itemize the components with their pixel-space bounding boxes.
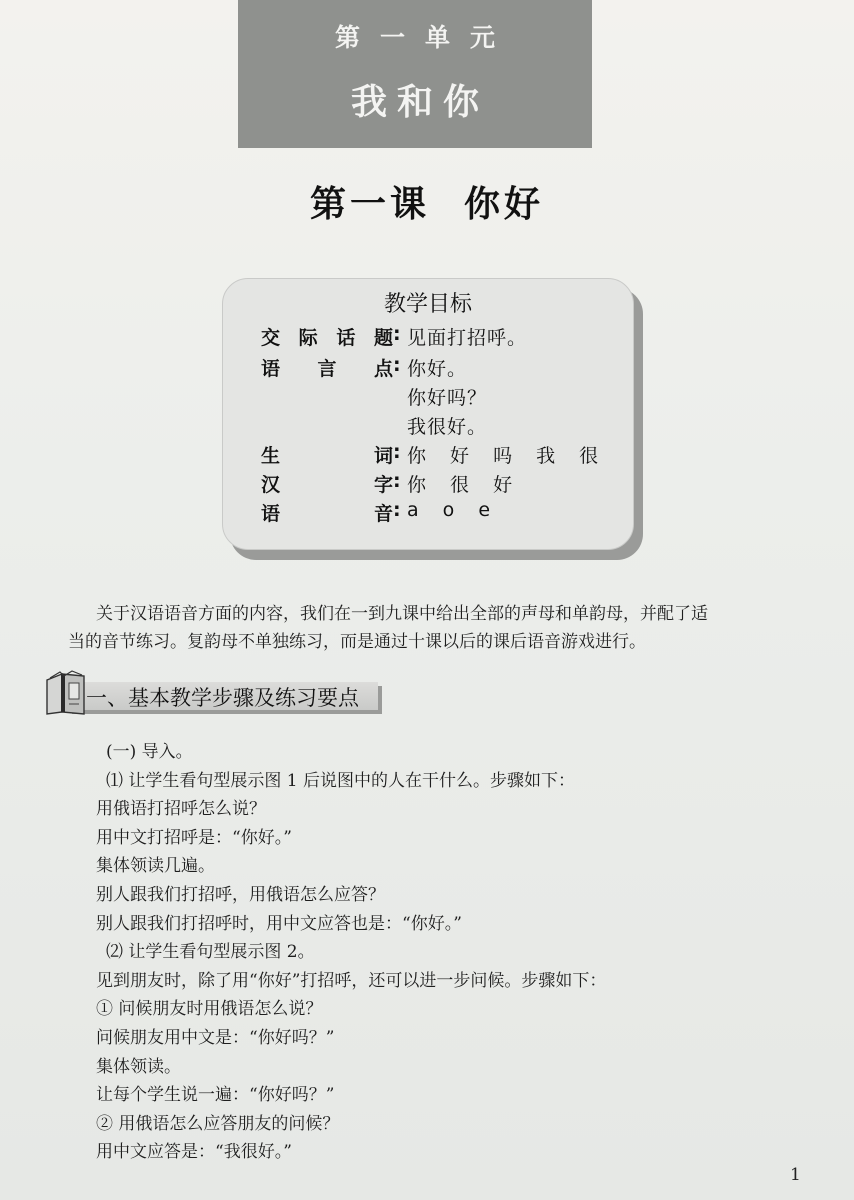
goal-value: 你 好 吗 我 很 <box>407 441 598 468</box>
unit-title: 我和你 <box>341 74 489 125</box>
teaching-goals-box: 教学目标 交 际 话 题 : 见面打招呼。 语 言 点 : 你好。 你好吗？ 我… <box>222 278 634 550</box>
goal-value: 我很好。 <box>407 412 487 439</box>
goal-label: 语 言 点 <box>261 354 393 381</box>
goal-row-language-points-2: 你好吗？ <box>407 383 487 410</box>
body-line: ② 用俄语怎么应答朋友的问候？ <box>96 1110 606 1139</box>
goal-row-language-points-3: 我很好。 <box>407 412 487 439</box>
page-number: 1 <box>790 1165 801 1185</box>
goal-value: 见面打招呼。 <box>407 323 527 350</box>
goals-heading: 教学目标 <box>223 287 633 318</box>
goal-label: 语 音 <box>261 499 393 526</box>
body-line: ⑴ 让学生看句型展示图 1 后说图中的人在干什么。步骤如下： <box>96 767 606 796</box>
unit-banner: 第一单元 我和你 <box>238 0 592 148</box>
body-line: 别人跟我们打招呼，用俄语怎么应答？ <box>96 881 606 910</box>
goal-row-vocabulary: 生 词 : 你 好 吗 我 很 <box>261 441 598 468</box>
goal-value: 你 很 好 <box>407 470 512 497</box>
unit-label: 第一单元 <box>315 18 515 54</box>
body-line: (一) 导入。 <box>96 738 606 767</box>
goal-value: 你好吗？ <box>407 383 487 410</box>
section-header: 一、基本教学步骤及练习要点 <box>44 670 384 718</box>
body-line: 见到朋友时，除了用“你好”打招呼，还可以进一步问候。步骤如下： <box>96 967 606 996</box>
body-line: ① 问候朋友时用俄语怎么说？ <box>96 995 606 1024</box>
goal-label: 交 际 话 题 <box>261 323 393 350</box>
goal-row-topic: 交 际 话 题 : 见面打招呼。 <box>261 323 527 350</box>
book-icon <box>44 670 88 716</box>
section-title: 一、基本教学步骤及练习要点 <box>86 682 359 712</box>
goal-label: 生 词 <box>261 441 393 468</box>
body-line: 用中文打招呼是：“你好。” <box>96 824 606 853</box>
goal-value: a o e <box>407 499 490 526</box>
lesson-name: 你好 <box>464 183 544 225</box>
lesson-number: 第一课 <box>310 183 430 225</box>
body-line: 用俄语打招呼怎么说？ <box>96 795 606 824</box>
goal-row-characters: 汉 字 : 你 很 好 <box>261 470 512 497</box>
goal-value: 你好。 <box>407 354 467 381</box>
goal-label: 汉 字 <box>261 470 393 497</box>
body-line: 集体领读。 <box>96 1053 606 1082</box>
lesson-title: 第一课你好 <box>0 176 854 227</box>
intro-paragraph: 关于汉语语音方面的内容，我们在一到九课中给出全部的声母和单韵母，并配了适 当的音… <box>96 600 796 656</box>
body-line: 让每个学生说一遍：“你好吗？” <box>96 1081 606 1110</box>
body-line: 别人跟我们打招呼时，用中文应答也是：“你好。” <box>96 910 606 939</box>
body-line: 用中文应答是：“我很好。” <box>96 1138 606 1167</box>
goal-row-language-points: 语 言 点 : 你好。 <box>261 354 467 381</box>
lesson-body: (一) 导入。 ⑴ 让学生看句型展示图 1 后说图中的人在干什么。步骤如下： 用… <box>96 738 606 1167</box>
body-line: ⑵ 让学生看句型展示图 2。 <box>96 938 606 967</box>
goal-row-phonetics: 语 音 : a o e <box>261 499 490 526</box>
body-line: 问候朋友用中文是：“你好吗？” <box>96 1024 606 1053</box>
body-line: 集体领读几遍。 <box>96 852 606 881</box>
